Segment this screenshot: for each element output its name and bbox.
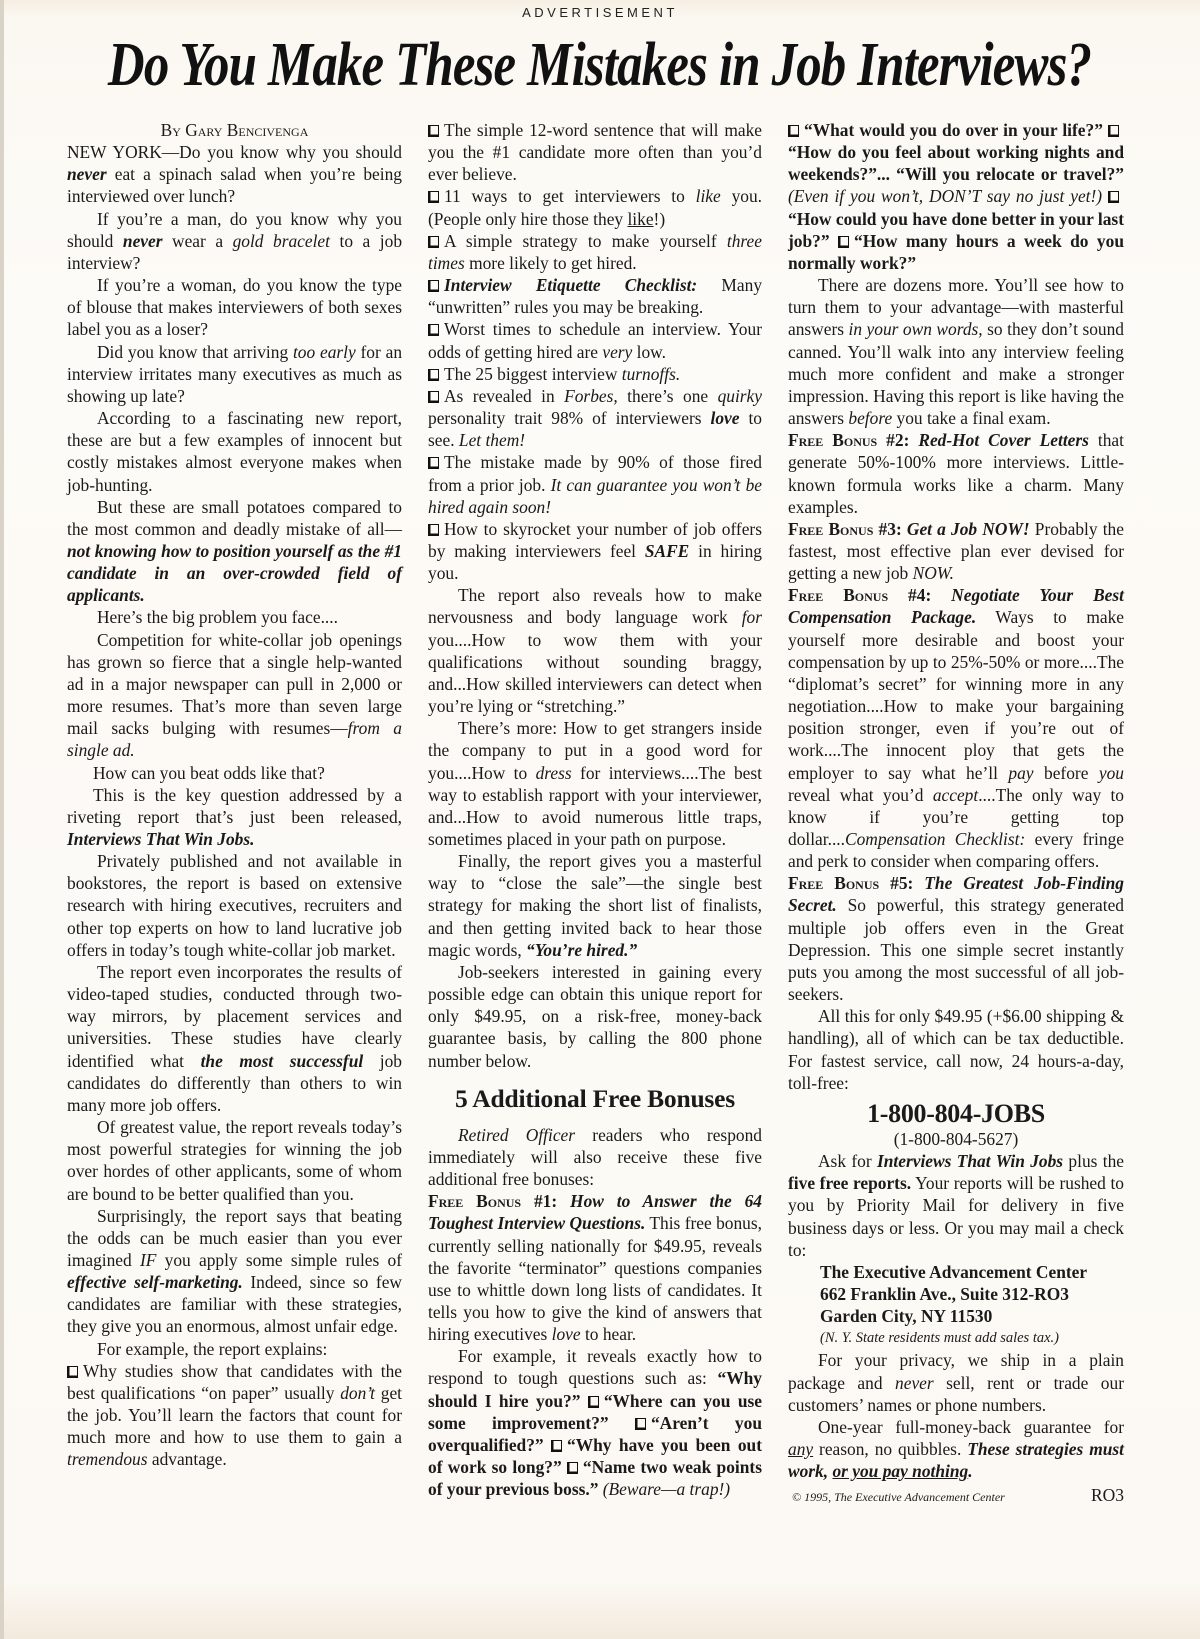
text-run: or you pay nothing	[832, 1461, 968, 1481]
paragraph: As revealed in Forbes, there’s one quirk…	[428, 385, 762, 451]
checkbox-bullet-icon	[551, 1440, 562, 1452]
checkbox-bullet-icon	[428, 457, 439, 469]
paragraph: 11 ways to get interviewers to like you.…	[428, 185, 762, 229]
text-run: Forbes,	[564, 386, 618, 406]
ask-for-paragraph: Ask for Interviews That Win Jobs plus th…	[788, 1150, 1124, 1261]
checkbox-bullet-icon	[788, 125, 799, 137]
text-run: 5 Additional Free Bonuses	[455, 1084, 735, 1113]
text-run: Of greatest value, the report reveals to…	[67, 1117, 402, 1203]
text-run: tremendous	[67, 1449, 148, 1469]
text-run: NOW.	[913, 563, 954, 583]
paragraph: According to a fascinating new report, t…	[67, 407, 402, 496]
paragraph: How to skyrocket your number of job offe…	[428, 518, 762, 584]
text-run: So powerful, this strategy generated mul…	[788, 895, 1124, 1004]
text-run: to hear.	[581, 1324, 637, 1344]
page-edge	[0, 0, 4, 1639]
checkbox-bullet-icon	[567, 1462, 578, 1474]
checkbox-bullet-icon	[428, 125, 439, 137]
text-run: not knowing how to position yourself as …	[67, 541, 402, 605]
copyright: © 1995, The Executive Advancement Center	[788, 1486, 1005, 1508]
byline: By Gary Bencivenga	[67, 119, 402, 141]
paragraph: The simple 12-word sentence that will ma…	[428, 119, 762, 185]
phone-number[interactable]: 1-800-804-JOBS	[788, 1100, 1124, 1128]
text-run: accept	[933, 785, 978, 805]
text-run: How can you beat odds like that?	[93, 763, 325, 783]
text-run: don’t	[340, 1383, 375, 1403]
text-run: you take a final exam.	[892, 408, 1050, 428]
address-line: Garden City, NY 11530	[788, 1305, 1124, 1327]
text-run: NEW YORK—Do you know why you should	[67, 142, 402, 162]
text-run: for	[742, 607, 762, 627]
column-3-body: “What would you do over in your life?” “…	[788, 119, 1124, 1094]
text-run: If you’re a woman, do you know the type …	[67, 275, 402, 339]
paragraph: There are dozens more. You’ll see how to…	[788, 274, 1124, 429]
checkbox-bullet-icon	[1108, 191, 1119, 203]
checkbox-bullet-icon	[635, 1418, 646, 1430]
checkbox-bullet-icon	[428, 391, 439, 403]
guarantee-paragraph: One-year full-money-back guarantee for a…	[788, 1416, 1124, 1482]
text-run: before	[848, 408, 892, 428]
paragraph: NEW YORK—Do you know why you should neve…	[67, 141, 402, 207]
footer: © 1995, The Executive Advancement Center…	[788, 1484, 1124, 1508]
text-run: A simple strategy to make yourself	[444, 231, 727, 251]
address-line: The Executive Advancement Center	[788, 1261, 1124, 1283]
text-run: never	[67, 164, 107, 184]
text-run: reason, no quibbles.	[813, 1439, 967, 1459]
article-column-1: By Gary BencivengaNEW YORK—Do you know w…	[67, 119, 402, 1471]
paragraph: Surprisingly, the report says that beati…	[67, 1205, 402, 1338]
text-run: SAFE	[645, 541, 689, 561]
text-run: For example, it reveals exactly how to r…	[428, 1346, 762, 1388]
paragraph: Free Bonus #3: Get a Job NOW! Probably t…	[788, 518, 1124, 584]
text-run: low.	[632, 342, 666, 362]
text-run: The report also reveals how to make nerv…	[428, 585, 762, 627]
text-run: quirky	[718, 386, 762, 406]
text-run: One-year full-money-back guarantee for	[818, 1417, 1124, 1437]
text-run: (Even if you won’t, DON’T say no just ye…	[788, 186, 1108, 206]
checkbox-bullet-icon	[67, 1366, 78, 1378]
text-run: Free Bonus #2:	[788, 430, 909, 450]
text-run: The 25 biggest interview	[444, 364, 622, 384]
text-run: As revealed in	[444, 386, 564, 406]
text-run: Free Bonus #1:	[428, 1191, 557, 1211]
text-run: Free Bonus #4:	[788, 585, 931, 605]
text-run: love	[711, 408, 740, 428]
ad-code: RO3	[1091, 1484, 1124, 1506]
text-run: By Gary Bencivenga	[161, 120, 309, 140]
checkbox-bullet-icon	[428, 236, 439, 248]
text-run: like	[627, 209, 653, 229]
text-run: According to a fascinating new report, t…	[67, 408, 402, 494]
headline-text: Do You Make These Mistakes in Job Interv…	[108, 30, 1091, 101]
paragraph: “What would you do over in your life?” “…	[788, 119, 1124, 274]
text-run: more likely to get hired.	[465, 253, 637, 273]
paragraph: The report even incorporates the results…	[67, 961, 402, 1116]
text-run: pay	[1008, 763, 1033, 783]
checkbox-bullet-icon	[428, 324, 439, 336]
paragraph: Interview Etiquette Checklist: Many “unw…	[428, 274, 762, 318]
text-run: turnoffs.	[622, 364, 680, 384]
text-run: love	[552, 1324, 581, 1344]
paragraph: For example, it reveals exactly how to r…	[428, 1345, 762, 1500]
text-run: Compensation Checklist:	[845, 829, 1025, 849]
text-run: “How do you feel about working nights an…	[788, 142, 1124, 184]
mailing-address: The Executive Advancement Center 662 Fra…	[788, 1261, 1124, 1327]
paragraph: How can you beat odds like that?	[67, 762, 402, 784]
checkbox-bullet-icon	[1108, 125, 1119, 137]
text-run: Get a Job NOW!	[902, 519, 1030, 539]
text-run: Interviews That Win Jobs.	[67, 829, 254, 849]
paragraph: Of greatest value, the report reveals to…	[67, 1116, 402, 1205]
text-run: reveal what you’d	[788, 785, 933, 805]
text-run: you....How to wow them with your qualifi…	[428, 630, 762, 716]
text-run: never	[123, 231, 163, 251]
text-run: there’s one	[618, 386, 718, 406]
checkbox-bullet-icon	[428, 369, 439, 381]
checkbox-bullet-icon	[428, 191, 439, 203]
paragraph: Competition for white-collar job opening…	[67, 629, 402, 762]
address-line: 662 Franklin Ave., Suite 312-RO3	[788, 1283, 1124, 1305]
checkbox-bullet-icon	[588, 1396, 599, 1408]
text-run: Interviews That Win Jobs	[877, 1151, 1063, 1171]
paragraph: There’s more: How to get strangers insid…	[428, 717, 762, 850]
text-run: .	[968, 1461, 972, 1481]
article-column-3: “What would you do over in your life?” “…	[788, 119, 1124, 1509]
article-column-2: The simple 12-word sentence that will ma…	[428, 119, 762, 1500]
text-run: Ways to make yourself more desirable and…	[788, 607, 1124, 782]
paragraph: Why studies show that candidates with th…	[67, 1360, 402, 1471]
text-run: Ask for	[818, 1151, 877, 1171]
paragraph: A simple strategy to make yourself three…	[428, 230, 762, 274]
text-run: Worst times to schedule an interview. Yo…	[428, 319, 762, 361]
advertisement-label: ADVERTISEMENT	[0, 5, 1200, 20]
text-run: Job-seekers interested in gaining every …	[428, 962, 762, 1071]
paragraph: Free Bonus #5: The Greatest Job-Finding …	[788, 872, 1124, 1005]
paragraph: But these are small potatoes compared to…	[67, 496, 402, 607]
headline: Do You Make These Mistakes in Job Interv…	[0, 30, 1200, 101]
paragraph: The mistake made by 90% of those fired f…	[428, 451, 762, 517]
advertisement-page: ADVERTISEMENT Do You Make These Mistakes…	[0, 0, 1200, 1639]
paragraph: Free Bonus #4: Negotiate Your Best Compe…	[788, 584, 1124, 872]
text-run: “You’re hired.”	[526, 940, 637, 960]
text-run: But these are small potatoes compared to…	[67, 497, 402, 539]
text-run: All this for only $49.95 (+$6.00 shippin…	[788, 1006, 1124, 1092]
text-run: dress	[536, 763, 572, 783]
paragraph: Here’s the big problem you face....	[67, 606, 402, 628]
paragraph: Did you know that arriving too early for…	[67, 341, 402, 407]
text-run: wear a	[163, 231, 233, 251]
text-run: eat a spinach salad when you’re being in…	[67, 164, 402, 206]
text-run: “What would you do over in your life?”	[804, 120, 1108, 140]
text-run: before	[1034, 763, 1099, 783]
text-run: Privately published and not available in…	[67, 851, 402, 960]
text-run: Free Bonus #5:	[788, 873, 913, 893]
paragraph: If you’re a man, do you know why you sho…	[67, 208, 402, 274]
text-run: Free Bonus #3:	[788, 519, 902, 539]
paragraph: Privately published and not available in…	[67, 850, 402, 961]
paragraph: If you’re a woman, do you know the type …	[67, 274, 402, 340]
section-heading: 5 Additional Free Bonuses	[428, 1084, 762, 1114]
paragraph: Free Bonus #1: How to Answer the 64 Toug…	[428, 1190, 762, 1345]
text-run: Did you know that arriving	[97, 342, 293, 362]
paragraph: Job-seekers interested in gaining every …	[428, 961, 762, 1072]
privacy-paragraph: For your privacy, we ship in a plain pac…	[788, 1349, 1124, 1415]
paragraph: The report also reveals how to make nerv…	[428, 584, 762, 717]
paragraph: This is the key question addressed by a …	[67, 784, 402, 850]
paragraph: Worst times to schedule an interview. Yo…	[428, 318, 762, 362]
text-run: plus the	[1063, 1151, 1124, 1171]
text-run: advantage.	[148, 1449, 227, 1469]
checkbox-bullet-icon	[428, 524, 439, 536]
checkbox-bullet-icon	[838, 236, 849, 248]
text-run: 11 ways to get interviewers to	[444, 186, 696, 206]
text-run: very	[602, 342, 632, 362]
tax-note: (N. Y. State residents must add sales ta…	[788, 1327, 1124, 1349]
text-run: Interview Etiquette Checklist:	[444, 275, 697, 295]
paragraph: Retired Officer readers who respond imme…	[428, 1124, 762, 1190]
text-run: in your own words,	[849, 319, 983, 339]
text-run: The simple 12-word sentence that will ma…	[428, 120, 762, 184]
text-run: Here’s the big problem you face....	[97, 607, 338, 627]
text-run: (Beware—a trap!)	[598, 1479, 730, 1499]
paragraph: Free Bonus #2: Red-Hot Cover Letters tha…	[788, 429, 1124, 518]
text-run: like	[696, 186, 721, 206]
text-run: never	[895, 1373, 934, 1393]
text-run: !)	[654, 209, 666, 229]
text-run: you	[1099, 763, 1124, 783]
text-run: Red-Hot Cover Letters	[909, 430, 1089, 450]
phone-number-numeric: (1-800-804-5627)	[788, 1128, 1124, 1150]
paragraph: Finally, the report gives you a masterfu…	[428, 850, 762, 961]
text-run: five free reports.	[788, 1173, 911, 1193]
paragraph: The 25 biggest interview turnoffs.	[428, 363, 762, 385]
text-run: any	[788, 1439, 813, 1459]
checkbox-bullet-icon	[428, 280, 439, 292]
text-run: Let them!	[459, 430, 525, 450]
text-run: personality trait 98% of interviewers	[428, 408, 711, 428]
text-run: you apply some simple rules of	[156, 1250, 402, 1270]
paragraph: For example, the report explains:	[67, 1338, 402, 1360]
text-run: For example, the report explains:	[97, 1339, 327, 1359]
paragraph: All this for only $49.95 (+$6.00 shippin…	[788, 1005, 1124, 1094]
text-run: This is the key question addressed by a …	[67, 785, 402, 827]
text-run: too early	[293, 342, 356, 362]
text-run: gold bracelet	[233, 231, 330, 251]
text-run: IF	[140, 1250, 156, 1270]
text-run: Retired Officer	[458, 1125, 575, 1145]
text-run: the most successful	[201, 1051, 364, 1071]
text-run: effective self-marketing.	[67, 1272, 243, 1292]
